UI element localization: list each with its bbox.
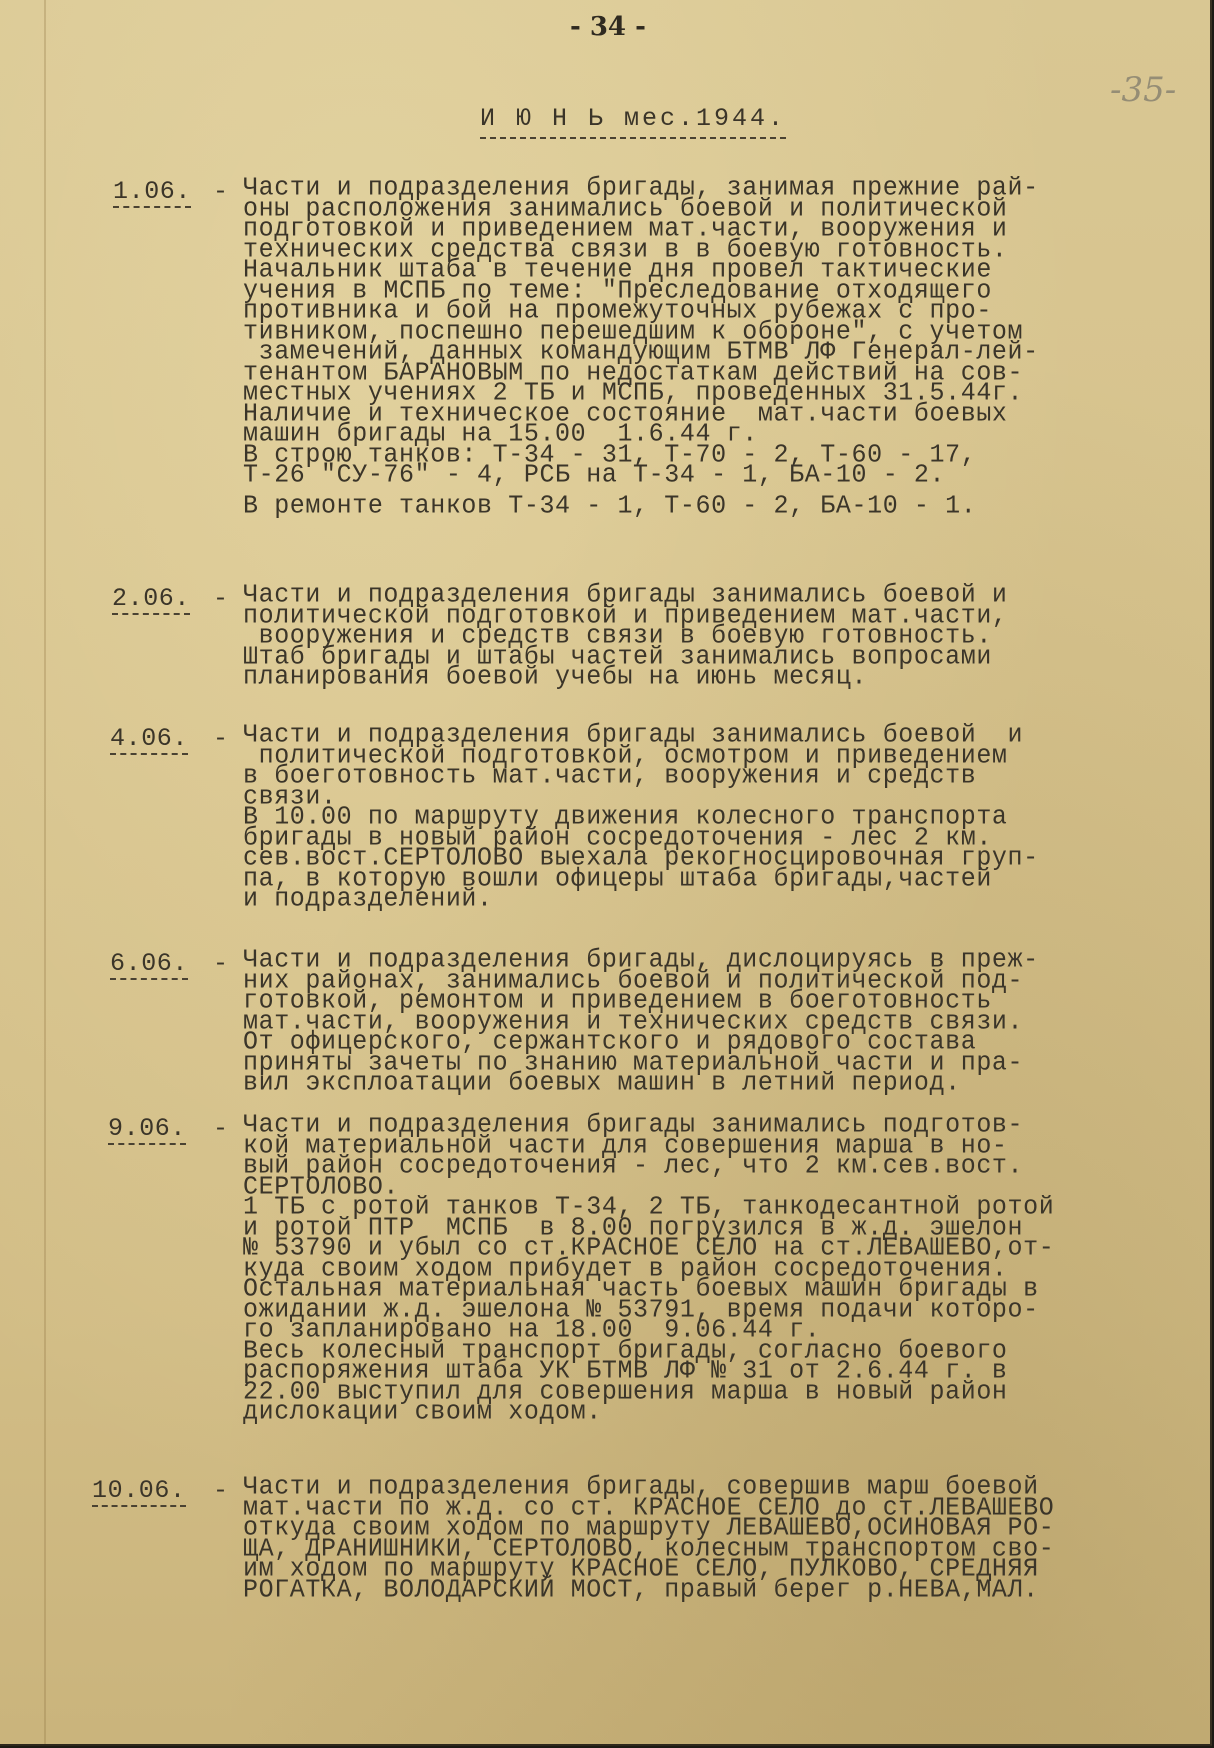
entry-dash: - [213,725,229,753]
entry-body: Части и подразделения бригады, занимая п… [243,178,1123,516]
entry-date: 10.06. [92,1477,186,1507]
entry-date: 6.06. [110,950,188,980]
entry-dash: - [213,585,229,613]
entry-line: в боеготовность мат.части, вооружения и … [243,765,1123,787]
entry-date: 4.06. [110,725,188,755]
entry-body: Части и подразделения бригады, совершив … [243,1477,1123,1600]
page-fold-crease [44,0,46,1744]
entry-line: и подразделений. [243,888,1123,910]
handwritten-page-number: - 34 - [570,12,646,42]
entry-body: Части и подразделения бригады, дислоциру… [243,950,1123,1094]
entry-date: 2.06. [112,585,190,615]
entry-dash: - [213,1115,229,1143]
entry-body: Части и подразделения бригады занимались… [243,725,1123,910]
entry-line: дислокации своим ходом. [243,1401,1123,1423]
entry-line: вил эксплоатации боевых машин в летний п… [243,1072,1123,1094]
archive-page-number: -35- [1110,70,1176,110]
document-page: - 34 - -35- И Ю Н Ь мес.1944. 1.06. - Ча… [0,0,1212,1746]
entry-dash: - [213,950,229,978]
entry-line: планирования боевой учебы на июнь месяц. [243,666,1123,688]
entry-line: Т-26 "СУ-76" - 4, РСБ на Т-34 - 1, БА-10… [243,464,1123,486]
entry-date: 9.06. [108,1115,186,1145]
entry-dash: - [213,1477,229,1505]
page-title: И Ю Н Ь мес.1944. [480,104,786,139]
entry-body: Части и подразделения бригады занимались… [243,585,1123,688]
entry-date: 1.06. [113,178,191,208]
entry-line-repair: В ремонте танков Т-34 - 1, Т-60 - 2, БА-… [243,495,1123,517]
entry-body: Части и подразделения бригады занимались… [243,1115,1123,1423]
entry-dash: - [213,178,229,206]
entry-line: РОГАТКА, ВОЛОДАРСКИЙ МОСТ, правый берег … [243,1579,1123,1601]
